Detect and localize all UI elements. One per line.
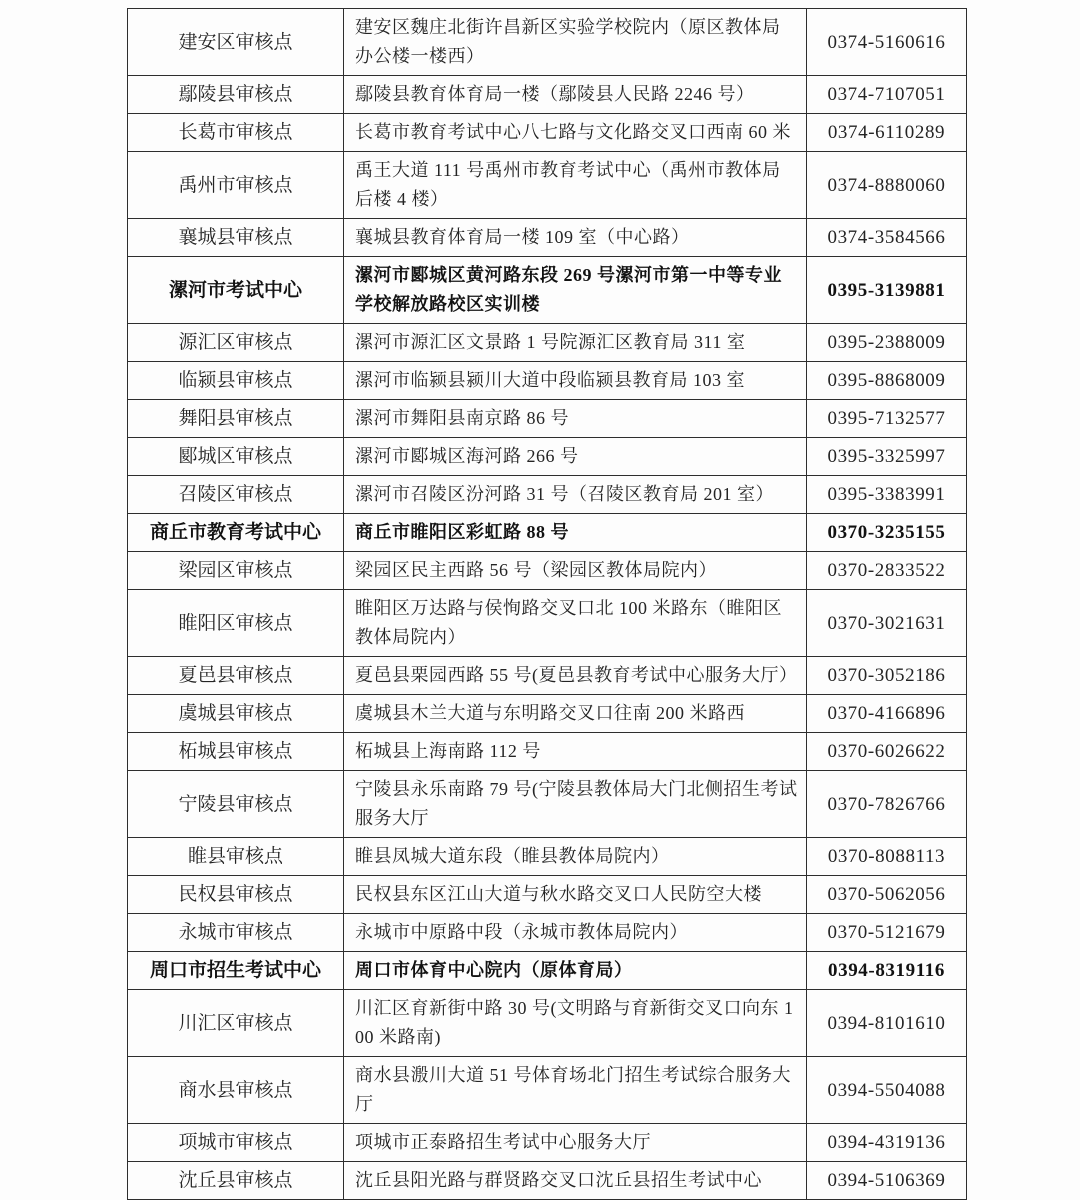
site-address: 睢县凤城大道东段（睢县教体局院内） <box>344 838 807 876</box>
site-name: 虞城县审核点 <box>128 695 344 733</box>
table-row: 柘城县审核点 柘城县上海南路 112 号 0370-6026622 <box>128 733 967 771</box>
site-name: 商丘市教育考试中心 <box>128 514 344 552</box>
site-phone: 0374-3584566 <box>807 219 967 257</box>
table-row: 宁陵县审核点 宁陵县永乐南路 79 号(宁陵县教体局大门北侧招生考试服务大厅 0… <box>128 771 967 838</box>
table-row: 鄢陵县审核点 鄢陵县教育体育局一楼（鄢陵县人民路 2246 号） 0374-71… <box>128 76 967 114</box>
site-phone: 0394-8319116 <box>807 952 967 990</box>
site-address: 沈丘县阳光路与群贤路交叉口沈丘县招生考试中心 <box>344 1162 807 1186</box>
site-name: 宁陵县审核点 <box>128 771 344 838</box>
site-name: 建安区审核点 <box>128 9 344 76</box>
site-phone: 0374-8880060 <box>807 152 967 219</box>
site-phone: 0370-4166896 <box>807 695 967 733</box>
site-phone: 0394-4319136 <box>807 1124 967 1162</box>
table-row: 禹州市审核点 禹王大道 111 号禹州市教育考试中心（禹州市教体局后楼 4 楼）… <box>128 152 967 219</box>
site-address: 漯河市郾城区黄河路东段 269 号漯河市第一中等专业学校解放路校区实训楼 <box>344 257 807 324</box>
site-phone: 0395-8868009 <box>807 362 967 400</box>
site-phone: 0370-3021631 <box>807 590 967 657</box>
site-address: 鄢陵县教育体育局一楼（鄢陵县人民路 2246 号） <box>344 76 807 114</box>
site-address: 梁园区民主西路 56 号（梁园区教体局院内） <box>344 552 807 590</box>
site-address: 漯河市郾城区海河路 266 号 <box>344 438 807 476</box>
site-address: 项城市正泰路招生考试中心服务大厅 <box>344 1124 807 1162</box>
site-address: 商水县溵川大道 51 号体育场北门招生考试综合服务大厅 <box>344 1057 807 1124</box>
site-name: 永城市审核点 <box>128 914 344 952</box>
site-name: 长葛市审核点 <box>128 114 344 152</box>
site-address: 漯河市源汇区文景路 1 号院源汇区教育局 311 室 <box>344 324 807 362</box>
table-row: 民权县审核点 民权县东区江山大道与秋水路交叉口人民防空大楼 0370-50620… <box>128 876 967 914</box>
table-row: 舞阳县审核点 漯河市舞阳县南京路 86 号 0395-7132577 <box>128 400 967 438</box>
table-row: 沈丘县审核点 沈丘县阳光路与群贤路交叉口沈丘县招生考试中心 0394-51063… <box>128 1162 967 1186</box>
site-name: 鄢陵县审核点 <box>128 76 344 114</box>
site-phone: 0395-2388009 <box>807 324 967 362</box>
site-name: 召陵区审核点 <box>128 476 344 514</box>
site-address: 漯河市临颍县颍川大道中段临颍县教育局 103 室 <box>344 362 807 400</box>
site-name: 襄城县审核点 <box>128 219 344 257</box>
table-row: 川汇区审核点 川汇区育新街中路 30 号(文明路与育新街交叉口向东 100 米路… <box>128 990 967 1057</box>
site-name: 沈丘县审核点 <box>128 1162 344 1186</box>
table-row: 长葛市审核点 长葛市教育考试中心八七路与文化路交叉口西南 60 米 0374-6… <box>128 114 967 152</box>
site-name: 睢县审核点 <box>128 838 344 876</box>
table-body: 建安区审核点 建安区魏庄北街许昌新区实验学校院内（原区教体局办公楼一楼西） 03… <box>128 9 967 1186</box>
site-phone: 0394-5106369 <box>807 1162 967 1186</box>
site-phone: 0370-8088113 <box>807 838 967 876</box>
site-address: 夏邑县栗园西路 55 号(夏邑县教育考试中心服务大厅） <box>344 657 807 695</box>
site-phone: 0395-3139881 <box>807 257 967 324</box>
site-phone: 0394-8101610 <box>807 990 967 1057</box>
site-name: 川汇区审核点 <box>128 990 344 1057</box>
table-row: 夏邑县审核点 夏邑县栗园西路 55 号(夏邑县教育考试中心服务大厅） 0370-… <box>128 657 967 695</box>
table-row: 建安区审核点 建安区魏庄北街许昌新区实验学校院内（原区教体局办公楼一楼西） 03… <box>128 9 967 76</box>
table-row: 睢阳区审核点 睢阳区万达路与侯恂路交叉口北 100 米路东（睢阳区教体局院内） … <box>128 590 967 657</box>
table-row: 襄城县审核点 襄城县教育体育局一楼 109 室（中心路） 0374-358456… <box>128 219 967 257</box>
table-row: 周口市招生考试中心 周口市体育中心院内（原体育局） 0394-8319116 <box>128 952 967 990</box>
site-name: 商水县审核点 <box>128 1057 344 1124</box>
site-phone: 0374-7107051 <box>807 76 967 114</box>
site-phone: 0374-5160616 <box>807 9 967 76</box>
site-name: 周口市招生考试中心 <box>128 952 344 990</box>
site-address: 漯河市舞阳县南京路 86 号 <box>344 400 807 438</box>
site-phone: 0394-5504088 <box>807 1057 967 1124</box>
table-row: 源汇区审核点 漯河市源汇区文景路 1 号院源汇区教育局 311 室 0395-2… <box>128 324 967 362</box>
site-name: 临颍县审核点 <box>128 362 344 400</box>
site-name: 柘城县审核点 <box>128 733 344 771</box>
site-address: 川汇区育新街中路 30 号(文明路与育新街交叉口向东 100 米路南) <box>344 990 807 1057</box>
site-name: 源汇区审核点 <box>128 324 344 362</box>
table-row: 商水县审核点 商水县溵川大道 51 号体育场北门招生考试综合服务大厅 0394-… <box>128 1057 967 1124</box>
document-page: 建安区审核点 建安区魏庄北街许昌新区实验学校院内（原区教体局办公楼一楼西） 03… <box>0 0 1080 1185</box>
site-address: 永城市中原路中段（永城市教体局院内） <box>344 914 807 952</box>
site-name: 梁园区审核点 <box>128 552 344 590</box>
site-phone: 0395-3383991 <box>807 476 967 514</box>
table-row: 睢县审核点 睢县凤城大道东段（睢县教体局院内） 0370-8088113 <box>128 838 967 876</box>
site-name: 漯河市考试中心 <box>128 257 344 324</box>
site-address: 柘城县上海南路 112 号 <box>344 733 807 771</box>
site-phone: 0370-3052186 <box>807 657 967 695</box>
site-name: 民权县审核点 <box>128 876 344 914</box>
site-name: 睢阳区审核点 <box>128 590 344 657</box>
table-row: 商丘市教育考试中心 商丘市睢阳区彩虹路 88 号 0370-3235155 <box>128 514 967 552</box>
site-phone: 0370-6026622 <box>807 733 967 771</box>
site-address: 襄城县教育体育局一楼 109 室（中心路） <box>344 219 807 257</box>
site-name: 夏邑县审核点 <box>128 657 344 695</box>
site-address: 漯河市召陵区汾河路 31 号（召陵区教育局 201 室） <box>344 476 807 514</box>
site-phone: 0395-7132577 <box>807 400 967 438</box>
table-row: 郾城区审核点 漯河市郾城区海河路 266 号 0395-3325997 <box>128 438 967 476</box>
site-phone: 0370-5062056 <box>807 876 967 914</box>
site-name: 舞阳县审核点 <box>128 400 344 438</box>
site-address: 周口市体育中心院内（原体育局） <box>344 952 807 990</box>
site-name: 禹州市审核点 <box>128 152 344 219</box>
table-row: 虞城县审核点 虞城县木兰大道与东明路交叉口往南 200 米路西 0370-416… <box>128 695 967 733</box>
site-phone: 0370-7826766 <box>807 771 967 838</box>
site-name: 郾城区审核点 <box>128 438 344 476</box>
site-address: 民权县东区江山大道与秋水路交叉口人民防空大楼 <box>344 876 807 914</box>
site-phone: 0374-6110289 <box>807 114 967 152</box>
site-address: 长葛市教育考试中心八七路与文化路交叉口西南 60 米 <box>344 114 807 152</box>
table-row: 永城市审核点 永城市中原路中段（永城市教体局院内） 0370-5121679 <box>128 914 967 952</box>
site-phone: 0370-2833522 <box>807 552 967 590</box>
table-row: 漯河市考试中心 漯河市郾城区黄河路东段 269 号漯河市第一中等专业学校解放路校… <box>128 257 967 324</box>
table-row: 临颍县审核点 漯河市临颍县颍川大道中段临颍县教育局 103 室 0395-886… <box>128 362 967 400</box>
site-name: 项城市审核点 <box>128 1124 344 1162</box>
table-row: 项城市审核点 项城市正泰路招生考试中心服务大厅 0394-4319136 <box>128 1124 967 1162</box>
table-row: 召陵区审核点 漯河市召陵区汾河路 31 号（召陵区教育局 201 室） 0395… <box>128 476 967 514</box>
site-address: 睢阳区万达路与侯恂路交叉口北 100 米路东（睢阳区教体局院内） <box>344 590 807 657</box>
site-address: 商丘市睢阳区彩虹路 88 号 <box>344 514 807 552</box>
site-phone: 0370-5121679 <box>807 914 967 952</box>
site-address: 禹王大道 111 号禹州市教育考试中心（禹州市教体局后楼 4 楼） <box>344 152 807 219</box>
exam-review-points-table: 建安区审核点 建安区魏庄北街许昌新区实验学校院内（原区教体局办公楼一楼西） 03… <box>127 8 967 1185</box>
site-phone: 0370-3235155 <box>807 514 967 552</box>
table-row: 梁园区审核点 梁园区民主西路 56 号（梁园区教体局院内） 0370-28335… <box>128 552 967 590</box>
site-address: 宁陵县永乐南路 79 号(宁陵县教体局大门北侧招生考试服务大厅 <box>344 771 807 838</box>
site-phone: 0395-3325997 <box>807 438 967 476</box>
site-address: 虞城县木兰大道与东明路交叉口往南 200 米路西 <box>344 695 807 733</box>
site-address: 建安区魏庄北街许昌新区实验学校院内（原区教体局办公楼一楼西） <box>344 9 807 76</box>
